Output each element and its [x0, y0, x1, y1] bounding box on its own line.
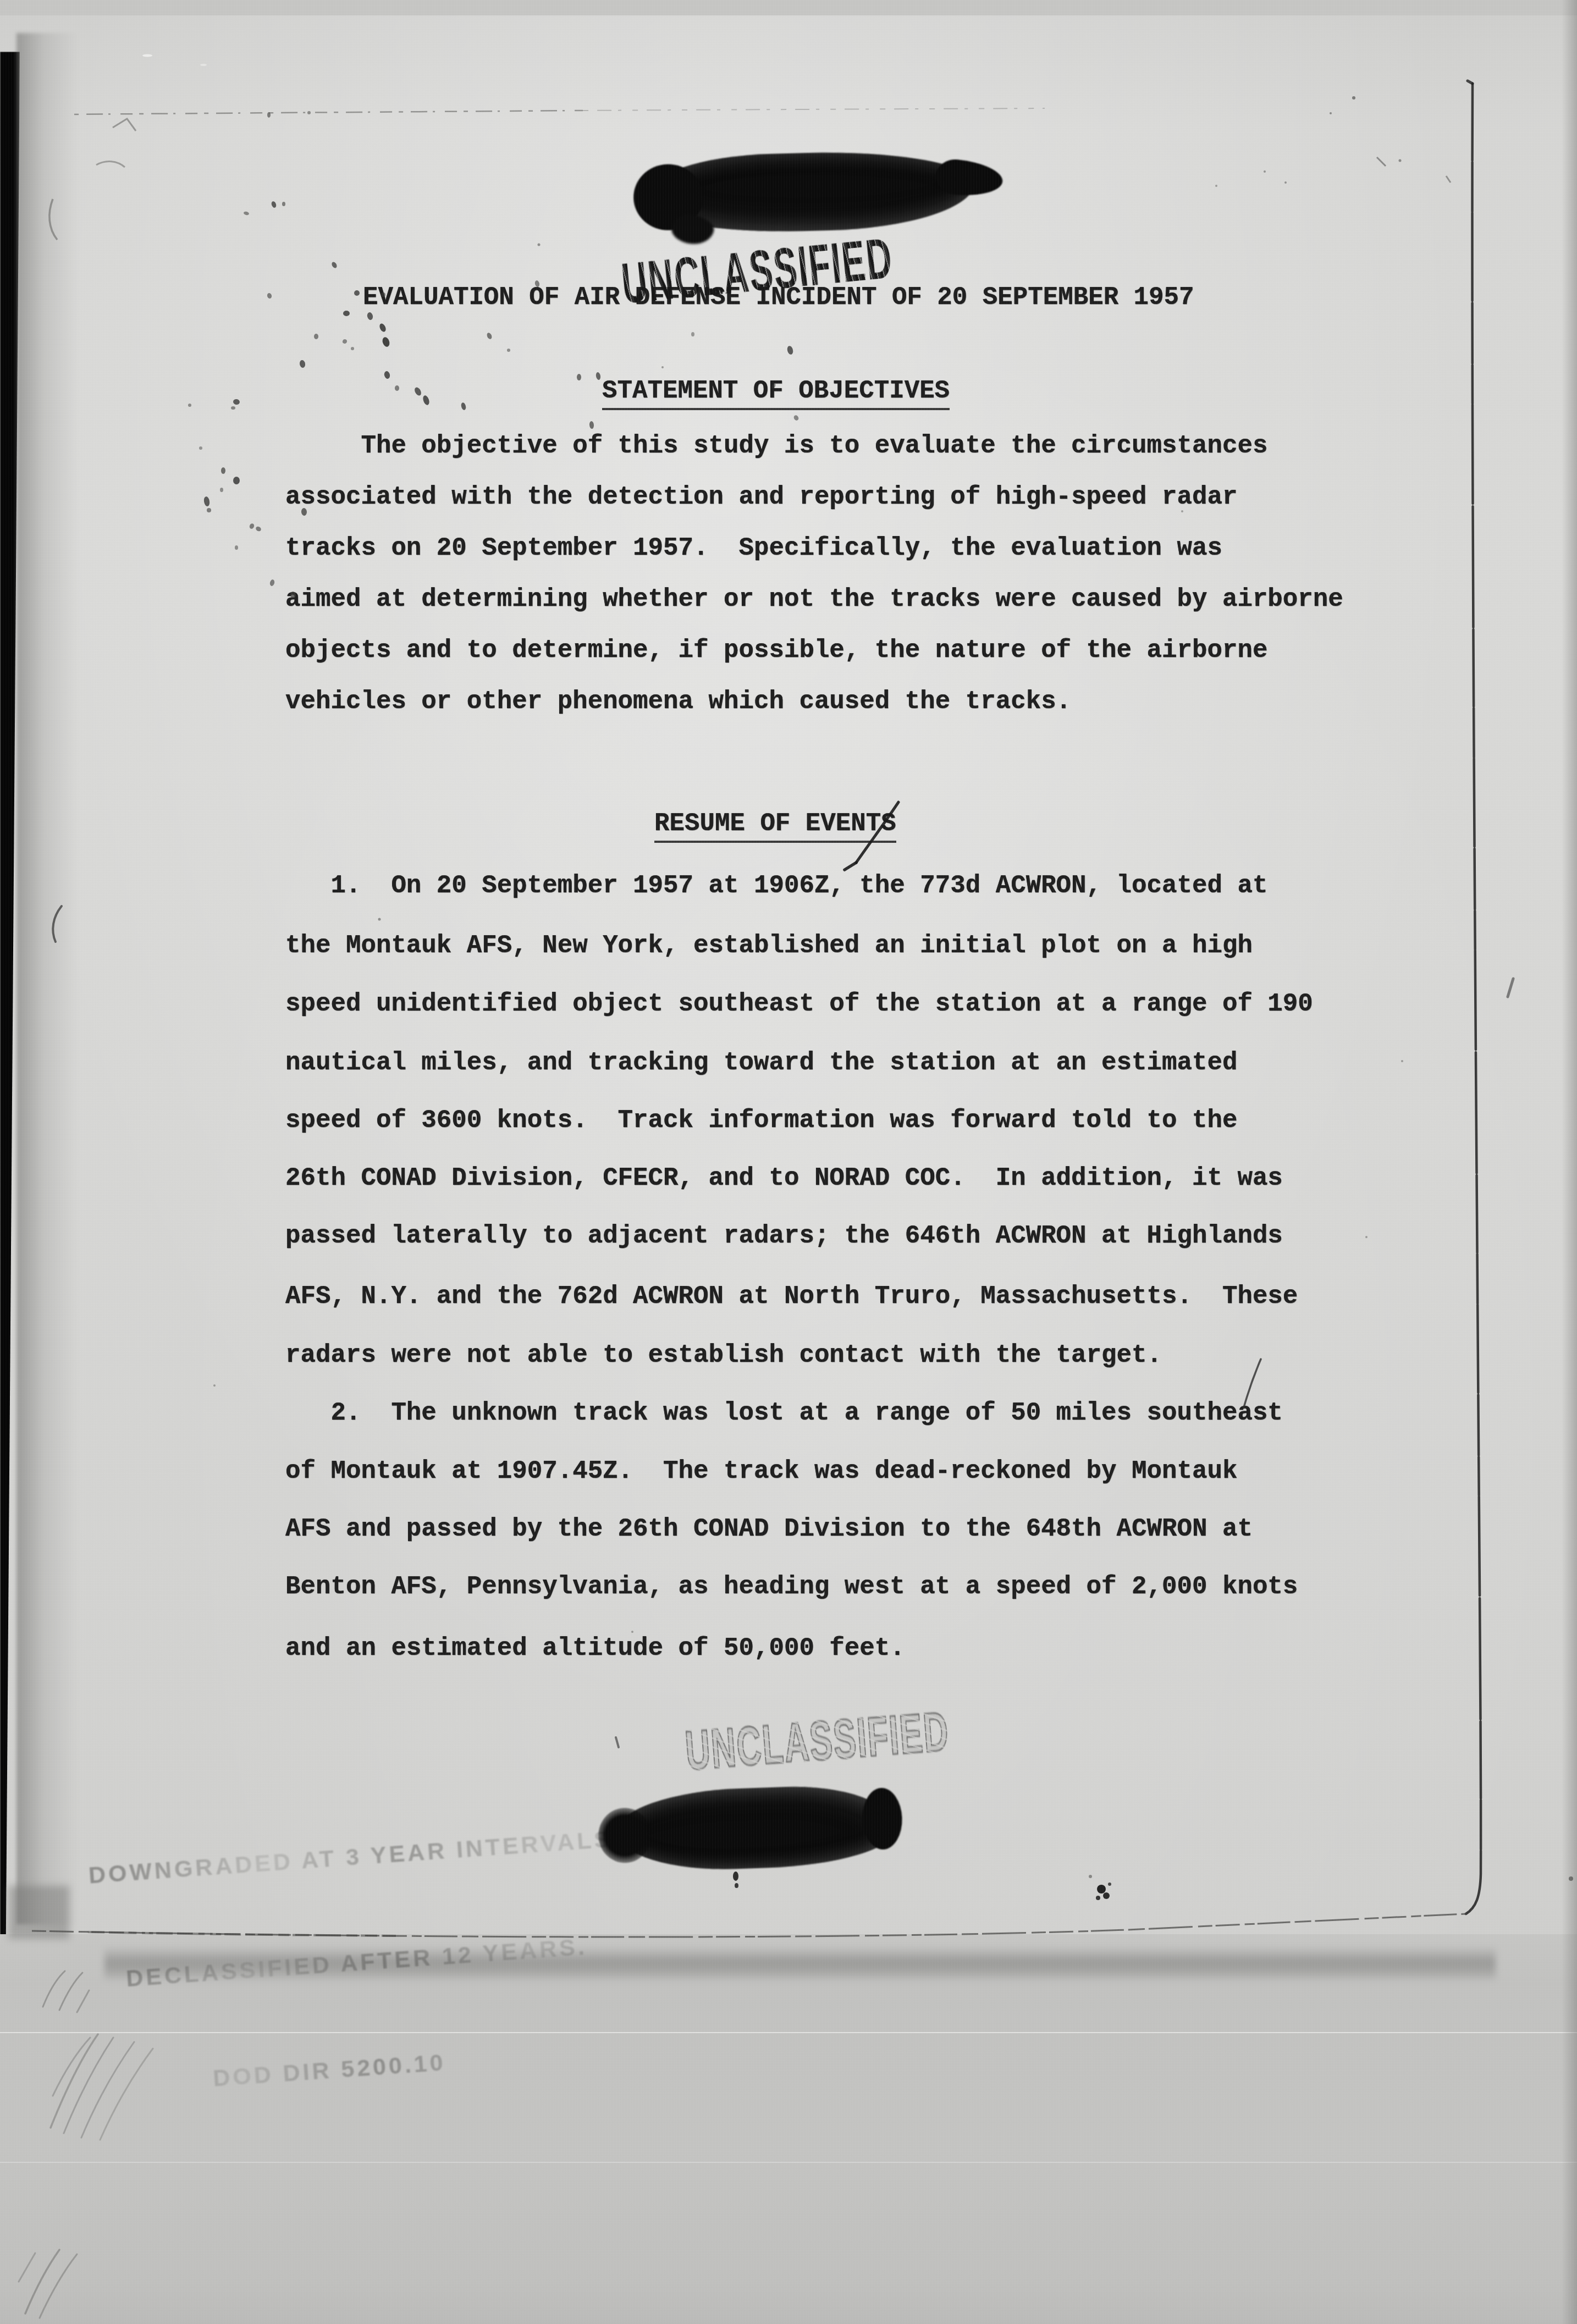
right-margin-line [1466, 81, 1481, 1914]
page-edge-line-bottom [32, 1914, 1466, 1937]
ink-blot [1096, 1883, 1111, 1900]
page-edge-line-top [74, 108, 1045, 114]
dust-specks [213, 96, 1573, 1881]
handwritten-check-mark [845, 802, 898, 870]
scan-marks-overlay [0, 0, 1577, 2324]
margin-pen-marks [53, 906, 1513, 1747]
pencil-marks-top-left [49, 54, 799, 599]
pencil-scribbles-bottom [19, 1971, 153, 2318]
